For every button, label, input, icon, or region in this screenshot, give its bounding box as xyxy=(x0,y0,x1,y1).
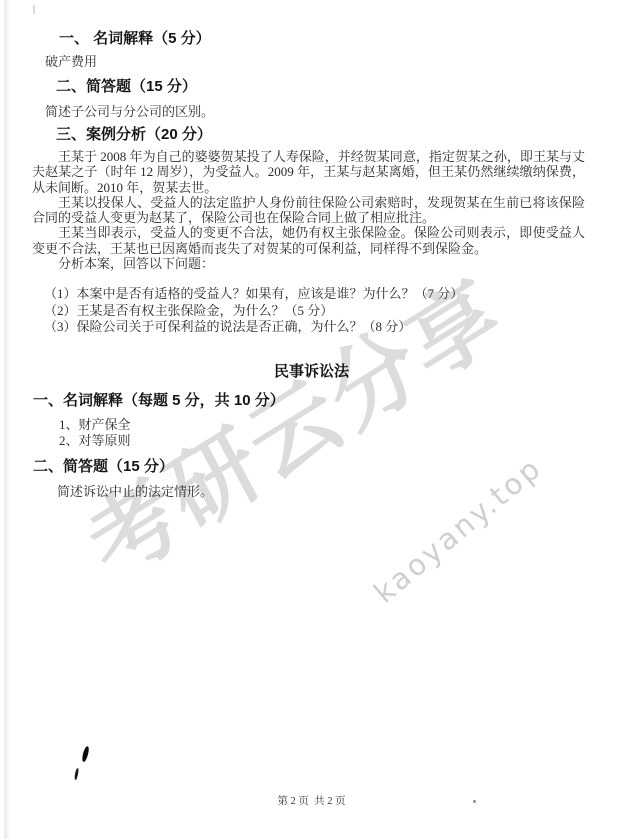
scan-artifact-dash xyxy=(33,5,35,14)
term-list-item: 2、对等原则 xyxy=(59,433,131,449)
pen-mark-small xyxy=(74,768,79,780)
pen-mark-large xyxy=(81,746,90,763)
page-number-footer: 第 2 页 共 2 页 xyxy=(0,793,623,808)
case-paragraph: 王某当即表示，受益人的变更不合法，她仍有权主张保险金。保险公司则表示，即使受益人… xyxy=(32,225,585,256)
section-title-civil-procedure: 民事诉讼法 xyxy=(0,360,623,381)
short-answer-item: 简述子公司与分公司的区别。 xyxy=(45,101,214,120)
heading-short-answer: 二、简答题（15 分） xyxy=(56,75,197,96)
scan-edge-shadow xyxy=(4,0,11,839)
case-question: （2）王某是否有权主张保险金，为什么？（5 分） xyxy=(44,303,589,320)
term-list-item: 1、财产保全 xyxy=(59,417,131,433)
case-question-list: （1）本案中是否有适格的受益人？如果有，应该是谁？为什么？（7 分） （2）王某… xyxy=(44,286,589,336)
heading-case-analysis: 三、案例分析（20 分） xyxy=(56,123,212,144)
case-prompt: 分析本案，回答以下问题： xyxy=(32,256,585,271)
case-paragraph: 王某于 2008 年为自己的婆婆贺某投了人寿保险，并经贺某同意，指定贺某之孙，即… xyxy=(32,149,585,195)
scanned-exam-page: { "watermarks": { "calligraphy": "考研云分享"… xyxy=(0,0,623,839)
website-watermark: kaoyany.top xyxy=(367,450,548,610)
heading-short-answer-2: 二、简答题（15 分） xyxy=(33,455,174,476)
short-answer-item-2: 简述诉讼中止的法定情形。 xyxy=(57,481,213,500)
case-paragraph: 王某以投保人、受益人的法定监护人身份前往保险公司索赔时，发现贺某在生前已将该保险… xyxy=(32,195,585,226)
heading-term-definition-2: 一、名词解释（每题 5 分，共 10 分） xyxy=(33,389,285,410)
term-list: 1、财产保全 2、对等原则 xyxy=(59,417,131,448)
case-analysis-text: 王某于 2008 年为自己的婆婆贺某投了人寿保险，并经贺某同意，指定贺某之孙，即… xyxy=(32,149,585,271)
term-item: 破产费用 xyxy=(45,51,97,70)
case-question: （1）本案中是否有适格的受益人？如果有，应该是谁？为什么？（7 分） xyxy=(44,286,589,303)
case-question: （3）保险公司关于可保利益的说法是否正确，为什么？（8 分） xyxy=(44,319,589,336)
heading-term-definition: 一、 名词解释（5 分） xyxy=(59,27,211,48)
